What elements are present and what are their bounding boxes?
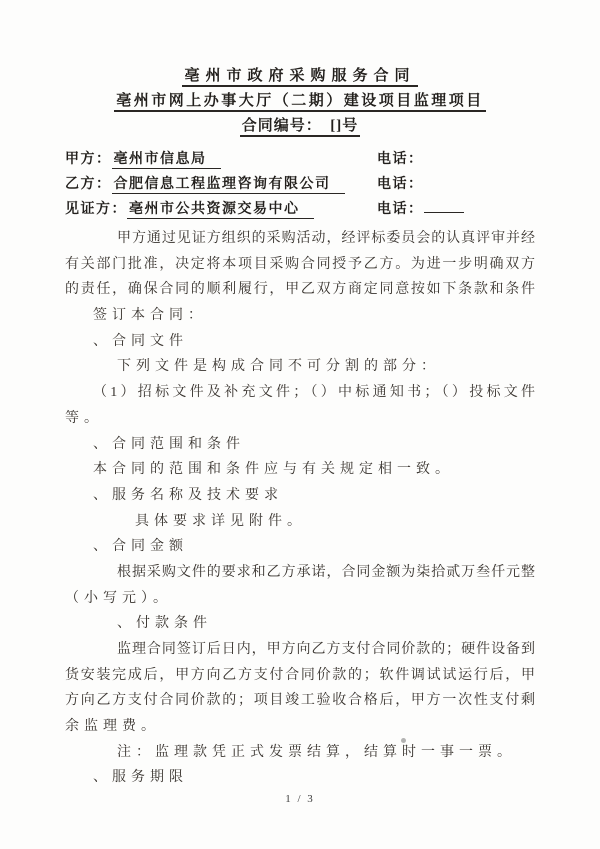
body-line: 甲方通过见证方组织的采购活动，经评标委员会的认真评审并经 xyxy=(65,226,535,252)
body-line: （小写元）。 xyxy=(65,586,535,612)
phone-label: 电话： xyxy=(377,202,424,217)
body-line: 、合同金额 xyxy=(65,534,535,560)
party-identity: 甲方：亳州市信息局 xyxy=(65,147,377,172)
body-line: 本合同的范围和条件应与有关规定相一致。 xyxy=(65,457,535,483)
body-line: 有关部门批准，决定将本项目采购合同授予乙方。为进一步明确双方 xyxy=(65,252,535,278)
party-name: 亳州市信息局 xyxy=(112,152,221,169)
body-line: 监理合同签订后日内，甲方向乙方支付合同价款的；硬件设备到 xyxy=(65,637,535,663)
contract-number: 合同编号： []号 xyxy=(0,114,600,139)
body-line: 货安装完成后，甲方向乙方支付合同价款的；软件调试试运行后，甲 xyxy=(65,663,535,689)
party-row: 甲方：亳州市信息局电话： xyxy=(65,147,535,172)
party-name: 亳州市公共资源交易中心 xyxy=(127,202,314,219)
parties-section: 甲方：亳州市信息局电话：乙方：合肥信息工程监理咨询有限公司电话：见证方：亳州市公… xyxy=(65,147,535,222)
body-line: 等。 xyxy=(65,406,535,432)
phone-section: 电话： xyxy=(377,172,535,197)
contract-number-text: 合同编号： []号 xyxy=(240,118,361,137)
scan-speck xyxy=(401,738,406,743)
body-line: 注：监理款凭正式发票结算，结算时一事一票。 xyxy=(65,740,535,766)
party-label: 甲方： xyxy=(65,152,112,167)
party-label: 乙方： xyxy=(65,177,112,192)
contract-page: 亳州市政府采购服务合同 亳州市网上办事大厅（二期）建设项目监理项目 合同编号： … xyxy=(0,0,600,849)
body-line: 的责任，确保合同的顺利履行，甲乙双方商定同意按如下条款和条件 xyxy=(65,277,535,303)
party-identity: 乙方：合肥信息工程监理咨询有限公司 xyxy=(65,172,377,197)
phone-section: 电话： xyxy=(377,147,535,172)
page-number: 1 / 3 xyxy=(0,793,600,805)
project-title: 亳州市网上办事大厅（二期）建设项目监理项目 xyxy=(0,89,600,114)
body-line: 余监理费。 xyxy=(65,714,535,740)
body-line: 方向乙方支付合同价款的；项目竣工验收合格后，甲方一次性支付剩 xyxy=(65,688,535,714)
body-line: 具体要求详见附件。 xyxy=(65,509,535,535)
body-line: 、合同文件 xyxy=(65,329,535,355)
body-line: 、服务期限 xyxy=(65,765,535,791)
party-identity: 见证方：亳州市公共资源交易中心 xyxy=(65,197,377,222)
phone-blank-line xyxy=(424,198,464,213)
body-line: 、合同范围和条件 xyxy=(65,432,535,458)
contract-body: 甲方通过见证方组织的采购活动，经评标委员会的认真评审并经有关部门批准，决定将本项… xyxy=(65,226,535,791)
body-line: 根据采购文件的要求和乙方承诺，合同金额为柒拾贰万叁仟元整 xyxy=(65,560,535,586)
body-line: 、付款条件 xyxy=(65,611,535,637)
body-line: 下列文件是构成合同不可分割的部分： xyxy=(65,354,535,380)
party-name: 合肥信息工程监理咨询有限公司 xyxy=(112,177,345,194)
phone-label: 电话： xyxy=(377,152,424,167)
project-title-text: 亳州市网上办事大厅（二期）建设项目监理项目 xyxy=(114,93,486,112)
body-line: 签订本合同： xyxy=(65,303,535,329)
phone-section: 电话： xyxy=(377,197,535,222)
body-line: （1）招标文件及补充文件；（）中标通知书；（）投标文件 xyxy=(65,380,535,406)
party-row: 见证方：亳州市公共资源交易中心电话： xyxy=(65,197,535,222)
party-row: 乙方：合肥信息工程监理咨询有限公司电话： xyxy=(65,172,535,197)
body-line: 、服务名称及技术要求 xyxy=(65,483,535,509)
title-block: 亳州市政府采购服务合同 亳州市网上办事大厅（二期）建设项目监理项目 合同编号： … xyxy=(0,0,600,139)
phone-label: 电话： xyxy=(377,177,424,192)
contract-title-text: 亳州市政府采购服务合同 xyxy=(182,68,417,87)
contract-title: 亳州市政府采购服务合同 xyxy=(0,64,600,89)
party-label: 见证方： xyxy=(65,202,127,217)
